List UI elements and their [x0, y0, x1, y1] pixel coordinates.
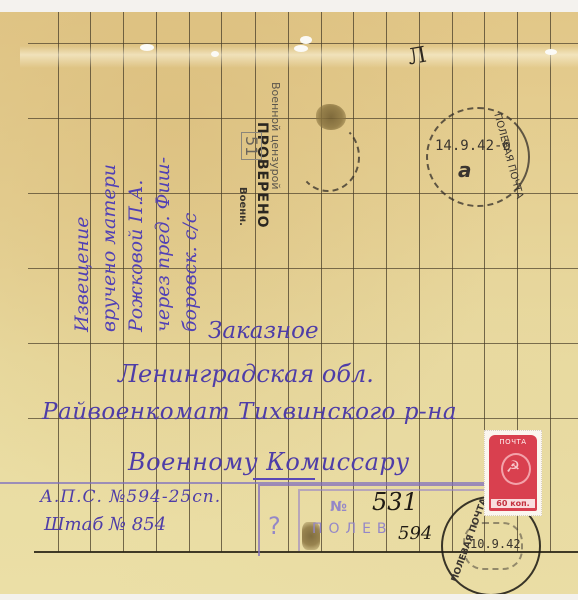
field-post-number-lower: 594: [398, 523, 432, 544]
paper-hole: [545, 49, 557, 55]
note-line: боровск. с/с: [178, 157, 202, 332]
grid-line: [58, 12, 59, 552]
address-line3: Военному Комиссару: [128, 448, 410, 476]
postage-stamp-face: ПОЧТА ☭ 60 коп.: [489, 435, 537, 511]
postmark-bottom-date: 10.9.42: [470, 537, 521, 551]
address-line1: Ленинградская обл.: [118, 360, 374, 388]
paper-hole: [140, 44, 154, 51]
grid-line: [452, 12, 453, 552]
grid-line: [550, 12, 551, 552]
note-line: Рожковой П.А.: [124, 157, 148, 332]
paper-hole: [294, 45, 308, 52]
paper-hole: [300, 36, 312, 44]
partial-postmark: [296, 122, 360, 192]
postage-stamp-label: ПОЧТА: [489, 438, 537, 446]
note-line: Извещение: [70, 157, 94, 332]
postage-stamp: ПОЧТА ☭ 60 коп.: [484, 430, 542, 516]
registered-label: Заказное: [208, 318, 319, 344]
field-post-question: ?: [268, 512, 281, 540]
paper-hole: [211, 51, 219, 57]
sender-line1: А.П.С. №594-25сп.: [40, 487, 221, 507]
postage-stamp-value: 60 коп.: [491, 499, 535, 508]
note-line: через пред. Фиш-: [151, 157, 175, 332]
field-post-number-upper: 531: [372, 488, 418, 516]
censor-stamp-number: 51: [241, 132, 262, 160]
censor-stamp-extra: Военн.: [237, 187, 248, 226]
sender-line2: Штаб № 854: [44, 514, 166, 535]
hammer-sickle-icon: ☭: [489, 457, 537, 476]
field-post-label: ПОЛЕВ: [312, 521, 393, 537]
postmark-top-letter: а: [458, 158, 472, 182]
address-underline: [253, 478, 315, 480]
vertical-note: Извещение вручено матери Рожковой П.А. ч…: [70, 157, 202, 332]
censor-stamp-line1: Военной цензурой: [269, 82, 282, 189]
grid-line: [419, 12, 420, 552]
field-post-number-label: №: [330, 499, 347, 515]
envelope-paper: Л Извещение вручено матери Рожковой П.А.…: [0, 12, 578, 594]
address-line2: Райвоенкомат Тихвинского р-на: [42, 399, 457, 425]
note-line: вручено матери: [97, 157, 121, 332]
